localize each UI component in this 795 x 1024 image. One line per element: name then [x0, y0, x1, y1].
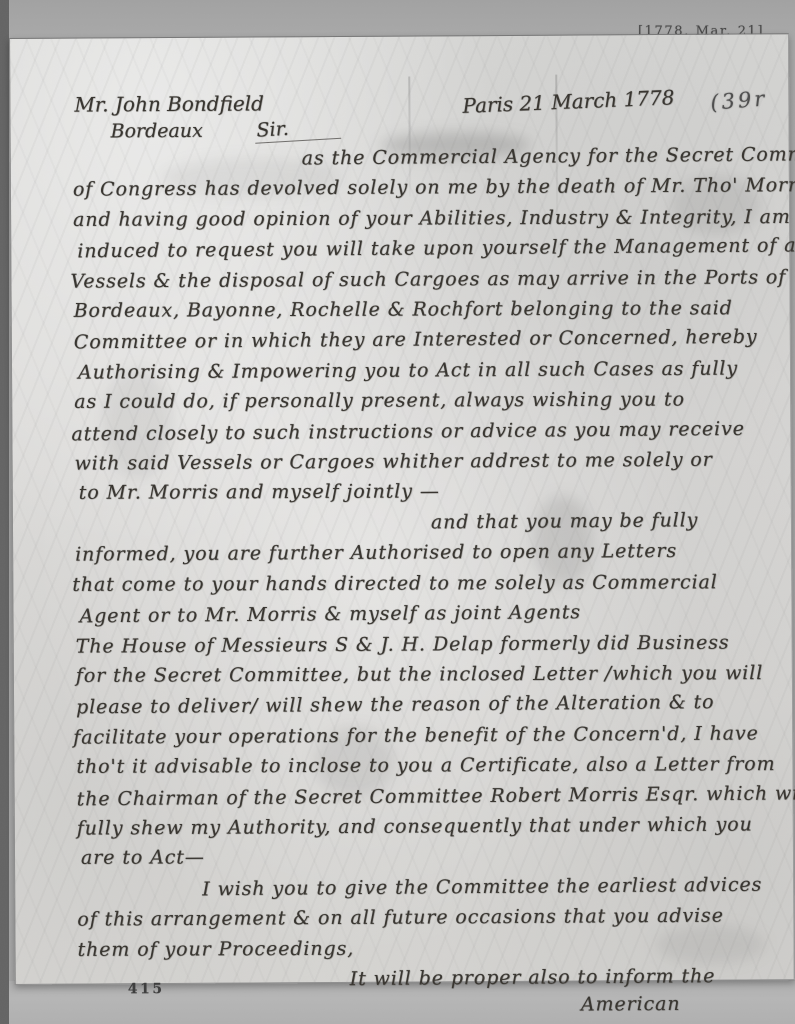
- salutation: Sir.: [254, 115, 341, 144]
- manuscript-line: facilitate your operations for the benef…: [73, 718, 788, 753]
- manuscript-line: as the Commercial Agency for the Secret …: [73, 140, 785, 176]
- manuscript-line: to Mr. Morris and myself jointly —: [79, 475, 787, 508]
- manuscript-line: them of your Proceedings,: [78, 932, 790, 965]
- manuscript-line: Agent or to Mr. Morris & myself as joint…: [79, 596, 787, 632]
- manuscript-line: and having good opinion of your Abilitie…: [73, 202, 785, 235]
- manuscript-line: are to Act—: [81, 840, 789, 873]
- page-number: 415: [128, 981, 165, 997]
- manuscript-line: induced to request you will take upon yo…: [77, 231, 785, 267]
- recipient-name: Mr. John Bondfield: [74, 91, 264, 116]
- manuscript-line: Vessels & the disposal of such Cargoes a…: [70, 262, 785, 297]
- manuscript-line: of this arrangement & on all future occa…: [77, 900, 789, 935]
- manuscript-line: and that you may be fully: [75, 504, 787, 540]
- manuscript-line: as I could do, if personally present, al…: [74, 384, 786, 417]
- dateline: Paris 21 March 1778: [462, 85, 675, 118]
- letter-page: (39r Mr. John Bondfield Bordeaux Paris 2…: [9, 33, 795, 985]
- scan-edge-shadow: [0, 0, 9, 1024]
- catchword: American: [581, 993, 681, 1016]
- manuscript-line: of Congress has devolved solely on me by…: [73, 171, 785, 206]
- manuscript-line: The House of Messieurs S & J. H. Delap f…: [76, 627, 788, 662]
- manuscript-line: attend closely to such instructions or a…: [71, 413, 786, 449]
- manuscript-line: I wish you to give the Committee the ear…: [74, 869, 789, 905]
- manuscript-line: with said Vessels or Cargoes whither add…: [75, 444, 787, 479]
- folio-number: (39r: [710, 86, 769, 114]
- manuscript-line: the Chairman of the Secret Committee Rob…: [77, 778, 789, 814]
- manuscript-line: tho't it advisable to inclose to you a C…: [76, 749, 788, 782]
- manuscript-line: Bordeaux, Bayonne, Rochelle & Rochfort b…: [74, 293, 786, 326]
- manuscript-line: for the Secret Committee, but the inclos…: [76, 658, 788, 691]
- manuscript-line: It will be proper also to inform the: [82, 960, 790, 996]
- letter-body: as the Commercial Agency for the Secret …: [73, 140, 790, 996]
- manuscript-line: fully shew my Authority, and consequentl…: [77, 809, 789, 844]
- manuscript-line: Authorising & Impowering you to Act in a…: [78, 353, 786, 388]
- recipient-place: Bordeaux: [111, 120, 203, 143]
- manuscript-line: please to deliver/ will shew the reason …: [76, 687, 788, 723]
- manuscript-line: informed, you are further Authorised to …: [75, 536, 787, 571]
- manuscript-line: Committee or in which they are Intereste…: [74, 322, 786, 358]
- manuscript-line: that come to your hands directed to me s…: [72, 567, 787, 600]
